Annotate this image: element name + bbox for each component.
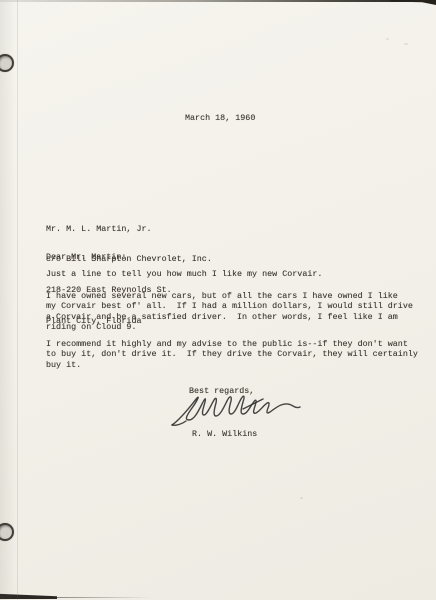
paper-speck — [404, 43, 408, 45]
scan-edge-top-right — [390, 0, 436, 5]
signed-name: R. W. Wilkins — [192, 429, 257, 439]
handwritten-signature — [160, 390, 310, 432]
scan-mark-bottom-line — [57, 597, 152, 598]
paper-speck — [386, 38, 389, 40]
paper-left-shadow — [0, 0, 16, 600]
letter-paragraph-2: I have owned several new cars, but of al… — [46, 291, 413, 332]
paper-crease-line — [17, 0, 18, 600]
scan-edge-top — [0, 0, 436, 2]
letter-date: March 18, 1960 — [185, 113, 255, 123]
salutation: Dear Mr. Martin: — [46, 252, 126, 262]
recipient-line-name: Mr. M. L. Martin, Jr. — [46, 224, 212, 234]
paper-speck — [300, 497, 303, 499]
letter-page: March 18, 1960 Mr. M. L. Martin, Jr. c/o… — [0, 0, 436, 600]
letter-paragraph-3: I recommend it highly and my advise to t… — [46, 339, 418, 370]
letter-paragraph-1: Just a line to tell you how much I like … — [46, 269, 322, 279]
